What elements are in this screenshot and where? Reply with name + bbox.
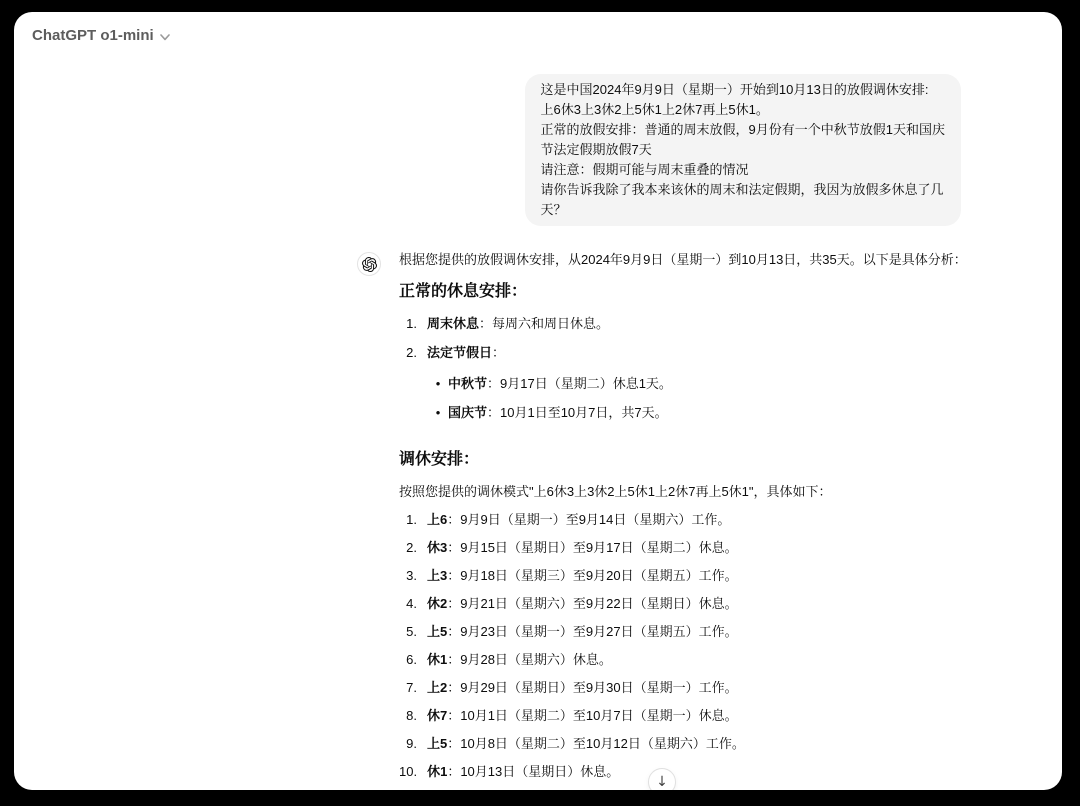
list-item-text: 休1：9月28日（星期六）休息。 <box>427 650 612 670</box>
list-item-number: 1. <box>399 510 417 530</box>
bullet-marker-icon: • <box>433 374 443 394</box>
chevron-down-icon <box>160 34 170 41</box>
list-item-number: 2. <box>399 343 417 432</box>
model-label: ChatGPT o1-mini <box>32 25 154 47</box>
list-item-number: 6. <box>399 650 417 670</box>
list-item: 3. 上3：9月18日（星期三）至9月20日（星期五）工作。 <box>399 566 961 586</box>
list-item: 8. 休7：10月1日（星期二）至10月7日（星期一）休息。 <box>399 706 961 726</box>
chatgpt-window: ChatGPT o1-mini 这是中国2024年9月9日（星期一）开始到10月… <box>14 12 1062 790</box>
list-item: 2. 休3：9月15日（星期日）至9月17日（星期二）休息。 <box>399 538 961 558</box>
user-message-line: 正常的放假安排：普通的周末放假，9月份有一个中秋节放假1天和国庆 <box>541 120 945 140</box>
assistant-avatar <box>357 252 381 276</box>
bullet-item-text: 国庆节：10月1日至10月7日，共7天。 <box>448 403 668 423</box>
list-item-text: 上5：9月23日（星期一）至9月27日（星期五）工作。 <box>427 622 738 642</box>
adjusted-schedule-intro: 按照您提供的调休模式"上6休3上3休2上5休1上2休7再上5休1"，具体如下： <box>399 482 961 502</box>
list-item-text: 法定节假日： • 中秋节：9月17日（星期二）休息1天。 • 国庆节：10月1日… <box>427 343 672 432</box>
list-item: 4. 休2：9月21日（星期六）至9月22日（星期日）休息。 <box>399 594 961 614</box>
list-item: 6. 休1：9月28日（星期六）休息。 <box>399 650 961 670</box>
list-item-number: 8. <box>399 706 417 726</box>
list-item-number: 2. <box>399 538 417 558</box>
openai-logo-icon <box>362 257 377 272</box>
list-item-text: 上5：10月8日（星期二）至10月12日（星期六）工作。 <box>427 734 745 754</box>
assistant-intro: 根据您提供的放假调休安排，从2024年9月9日（星期一）到10月13日，共35天… <box>399 250 961 270</box>
arrow-down-icon: ↓ <box>656 774 668 790</box>
section-heading-normal-rest: 正常的休息安排： <box>399 280 961 304</box>
bullet-item: • 国庆节：10月1日至10月7日，共7天。 <box>427 403 672 423</box>
user-message-bubble: 这是中国2024年9月9日（星期一）开始到10月13日的放假调休安排: 上6休3… <box>525 74 961 226</box>
list-item-number: 10. <box>399 762 417 782</box>
list-item-text: 休1：10月13日（星期日）休息。 <box>427 762 619 782</box>
conversation-thread: 这是中国2024年9月9日（星期一）开始到10月13日的放假调休安排: 上6休3… <box>357 74 961 790</box>
list-item-text: 休3：9月15日（星期日）至9月17日（星期二）休息。 <box>427 538 738 558</box>
list-item-number: 4. <box>399 594 417 614</box>
normal-rest-list: 1. 周末休息：每周六和周日休息。 2. 法定节假日： • 中秋节：9月17日（… <box>399 314 961 432</box>
list-item: 1. 周末休息：每周六和周日休息。 <box>399 314 961 334</box>
list-item-text: 上6：9月9日（星期一）至9月14日（星期六）工作。 <box>427 510 730 530</box>
assistant-message-row: 根据您提供的放假调休安排，从2024年9月9日（星期一）到10月13日，共35天… <box>357 250 961 790</box>
list-item-text: 休2：9月21日（星期六）至9月22日（星期日）休息。 <box>427 594 738 614</box>
user-message-row: 这是中国2024年9月9日（星期一）开始到10月13日的放假调休安排: 上6休3… <box>357 74 961 226</box>
scroll-to-bottom-button[interactable]: ↓ <box>648 768 676 790</box>
adjusted-schedule-list: 1. 上6：9月9日（星期一）至9月14日（星期六）工作。 2. 休3：9月15… <box>399 510 961 782</box>
list-item: 5. 上5：9月23日（星期一）至9月27日（星期五）工作。 <box>399 622 961 642</box>
user-message-line: 请你告诉我除了我本来该休的周末和法定假期，我因为放假多休息了几 <box>541 180 945 200</box>
bullet-marker-icon: • <box>433 403 443 423</box>
list-item-number: 5. <box>399 622 417 642</box>
user-message-line: 这是中国2024年9月9日（星期一）开始到10月13日的放假调休安排: <box>541 80 945 100</box>
user-message-line: 天？ <box>541 200 945 220</box>
assistant-message-content: 根据您提供的放假调休安排，从2024年9月9日（星期一）到10月13日，共35天… <box>399 250 961 790</box>
list-item-number: 7. <box>399 678 417 698</box>
list-item-text: 上2：9月29日（星期日）至9月30日（星期一）工作。 <box>427 678 738 698</box>
list-item-text: 周末休息：每周六和周日休息。 <box>427 314 609 334</box>
list-item-text: 休7：10月1日（星期二）至10月7日（星期一）休息。 <box>427 706 738 726</box>
section-heading-adjusted-schedule: 调休安排： <box>399 448 961 472</box>
list-item: 1. 上6：9月9日（星期一）至9月14日（星期六）工作。 <box>399 510 961 530</box>
user-message-line: 请注意：假期可能与周末重叠的情况 <box>541 160 945 180</box>
model-switcher[interactable]: ChatGPT o1-mini <box>32 25 170 47</box>
list-item: 9. 上5：10月8日（星期二）至10月12日（星期六）工作。 <box>399 734 961 754</box>
list-item-number: 1. <box>399 314 417 334</box>
list-item-text: 上3：9月18日（星期三）至9月20日（星期五）工作。 <box>427 566 738 586</box>
list-item-number: 3. <box>399 566 417 586</box>
bullet-item-text: 中秋节：9月17日（星期二）休息1天。 <box>448 374 672 394</box>
holiday-bullet-list: • 中秋节：9月17日（星期二）休息1天。 • 国庆节：10月1日至10月7日，… <box>427 374 672 423</box>
list-item: 2. 法定节假日： • 中秋节：9月17日（星期二）休息1天。 • 国 <box>399 343 961 432</box>
list-item: 7. 上2：9月29日（星期日）至9月30日（星期一）工作。 <box>399 678 961 698</box>
bullet-item: • 中秋节：9月17日（星期二）休息1天。 <box>427 374 672 394</box>
list-item-number: 9. <box>399 734 417 754</box>
user-message-line: 节法定假期放假7天 <box>541 140 945 160</box>
list-item: 10. 休1：10月13日（星期日）休息。 <box>399 762 961 782</box>
user-message-line: 上6休3上3休2上5休1上2休7再上5休1。 <box>541 100 945 120</box>
